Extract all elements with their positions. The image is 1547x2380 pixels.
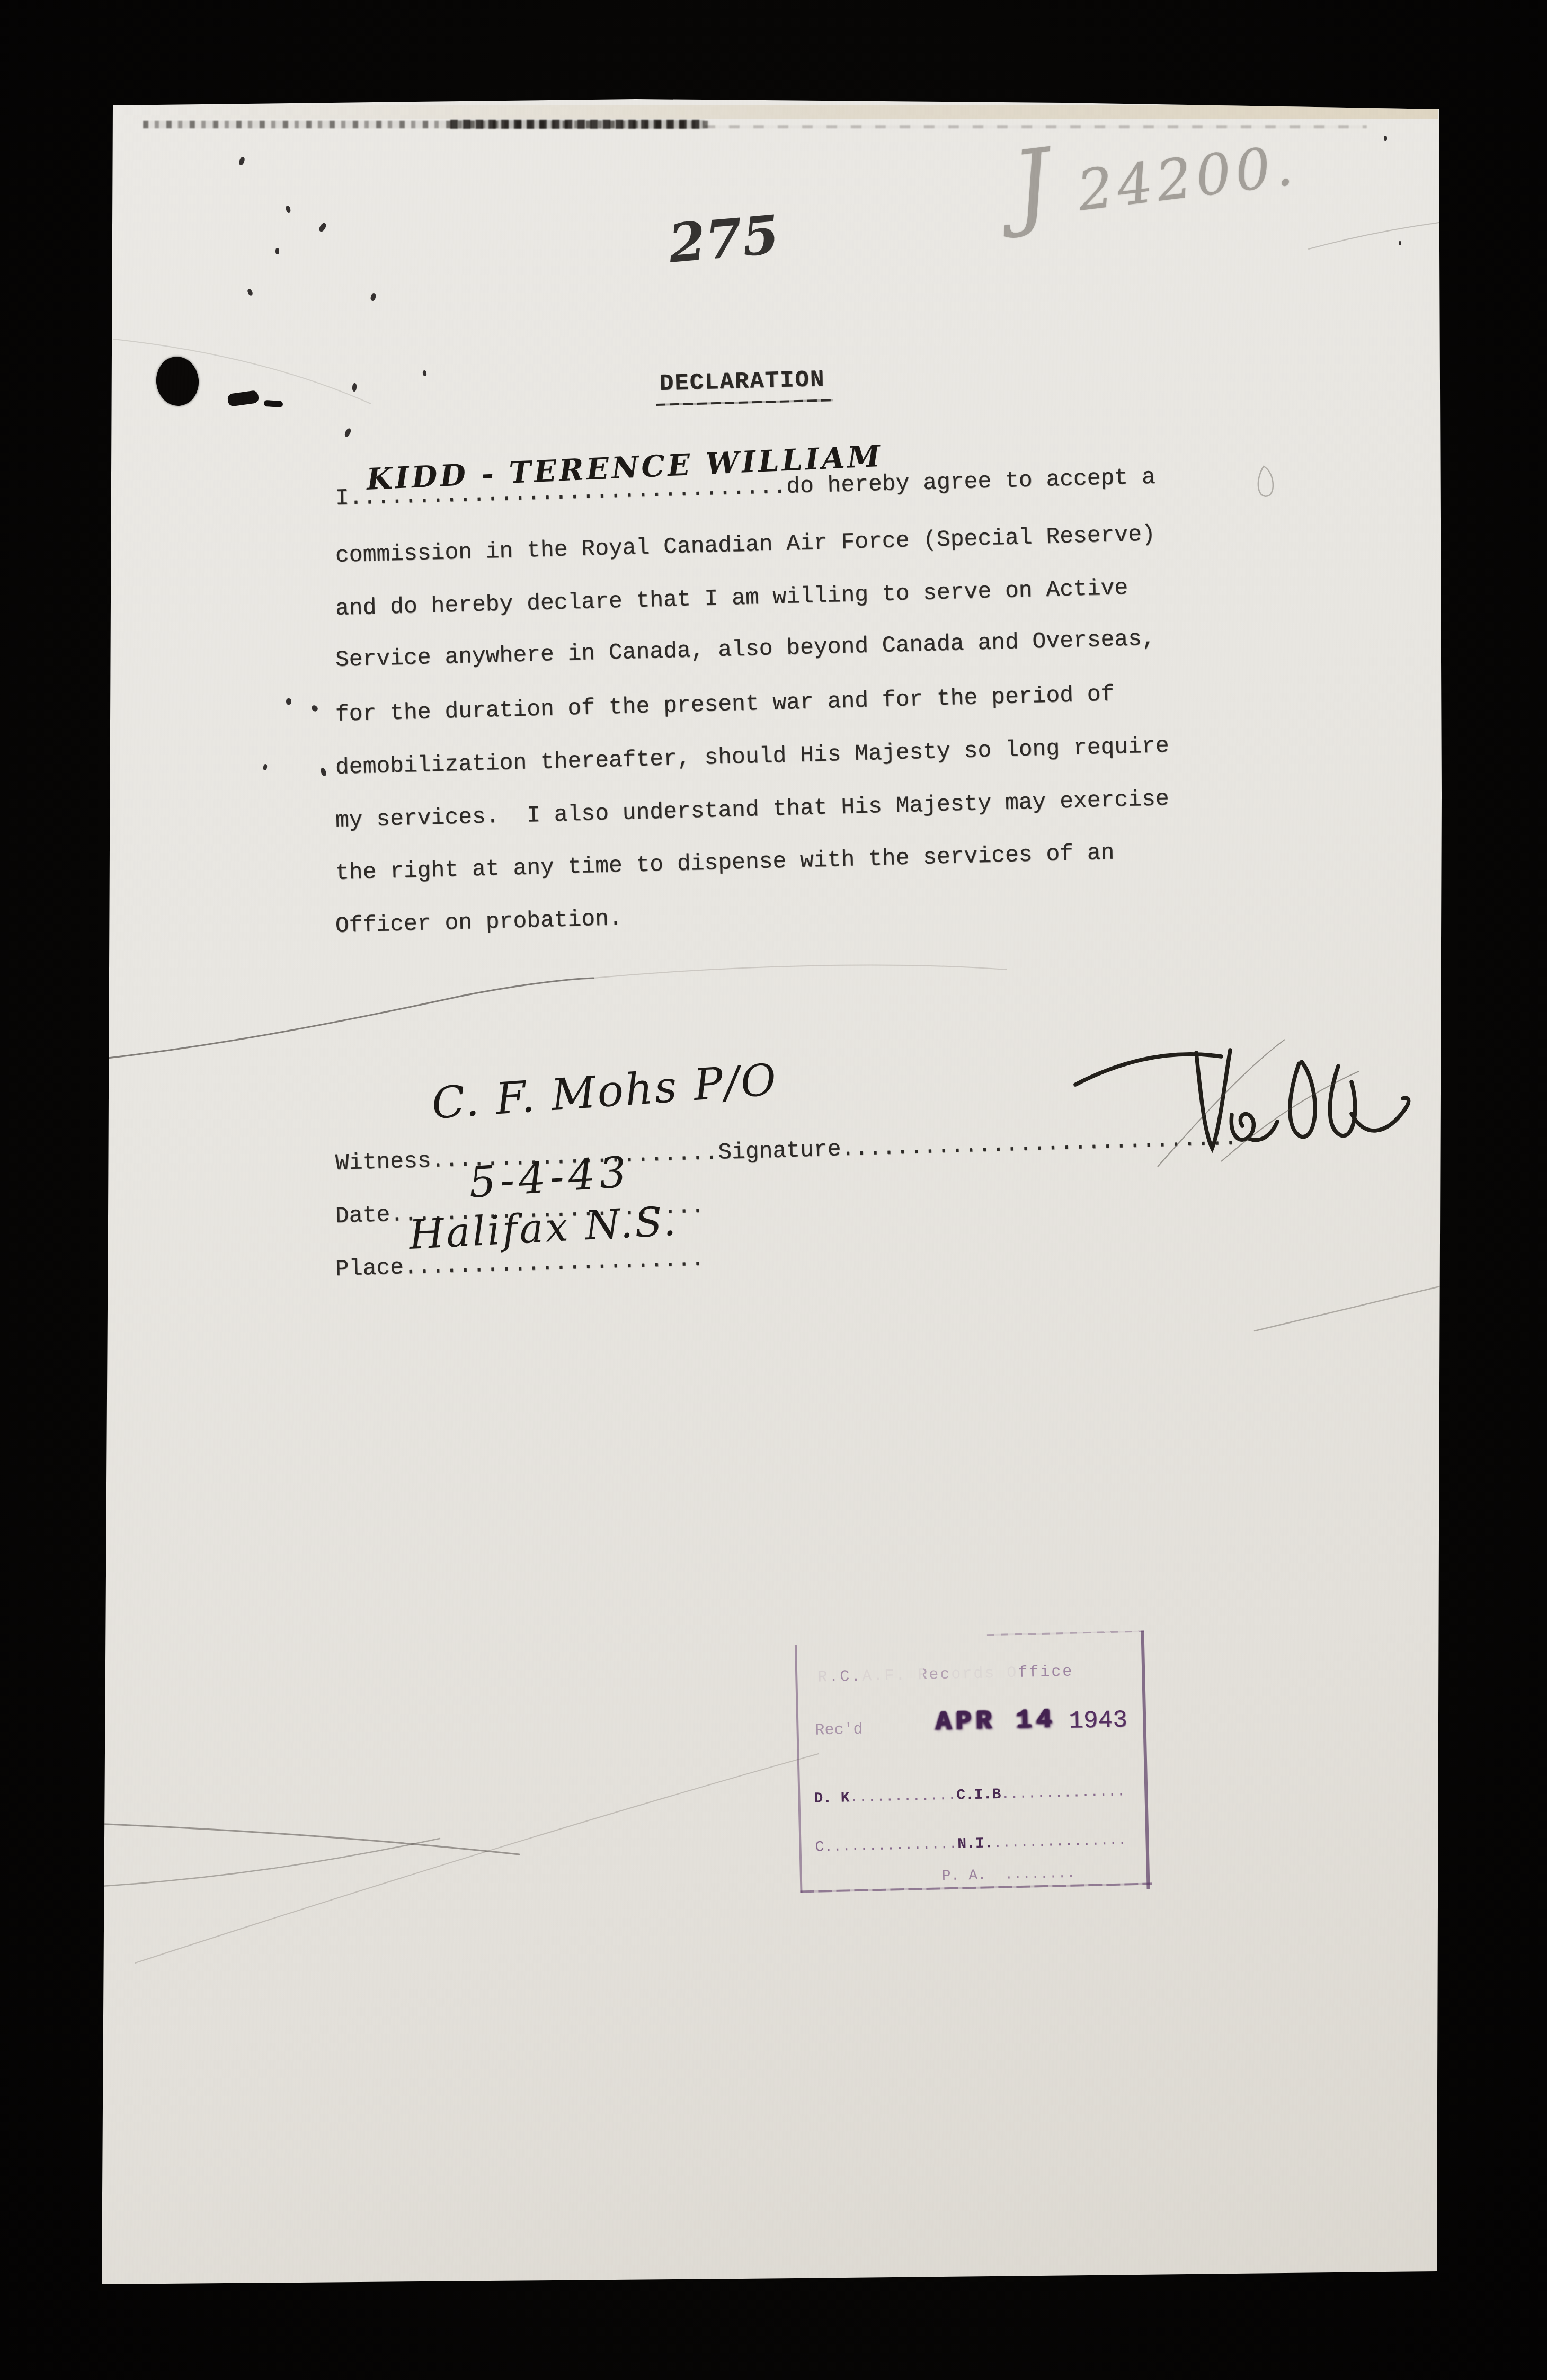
crease-line xyxy=(593,965,1007,978)
pencil-loop xyxy=(1258,466,1273,496)
crease-overlay xyxy=(0,0,1547,2380)
crease-line xyxy=(103,978,593,1059)
scratch-line xyxy=(94,1824,519,1854)
crease-line xyxy=(1255,1286,1440,1331)
crease-line xyxy=(1309,223,1439,249)
scan-backdrop: { "page": { "background_color": "#070605… xyxy=(0,0,1547,2380)
document-page: 275 J 24200. DECLARATION I..............… xyxy=(0,0,1547,2380)
scratch-line xyxy=(101,1839,440,1886)
scratch-line xyxy=(135,1754,819,1963)
crease-line xyxy=(113,339,371,404)
